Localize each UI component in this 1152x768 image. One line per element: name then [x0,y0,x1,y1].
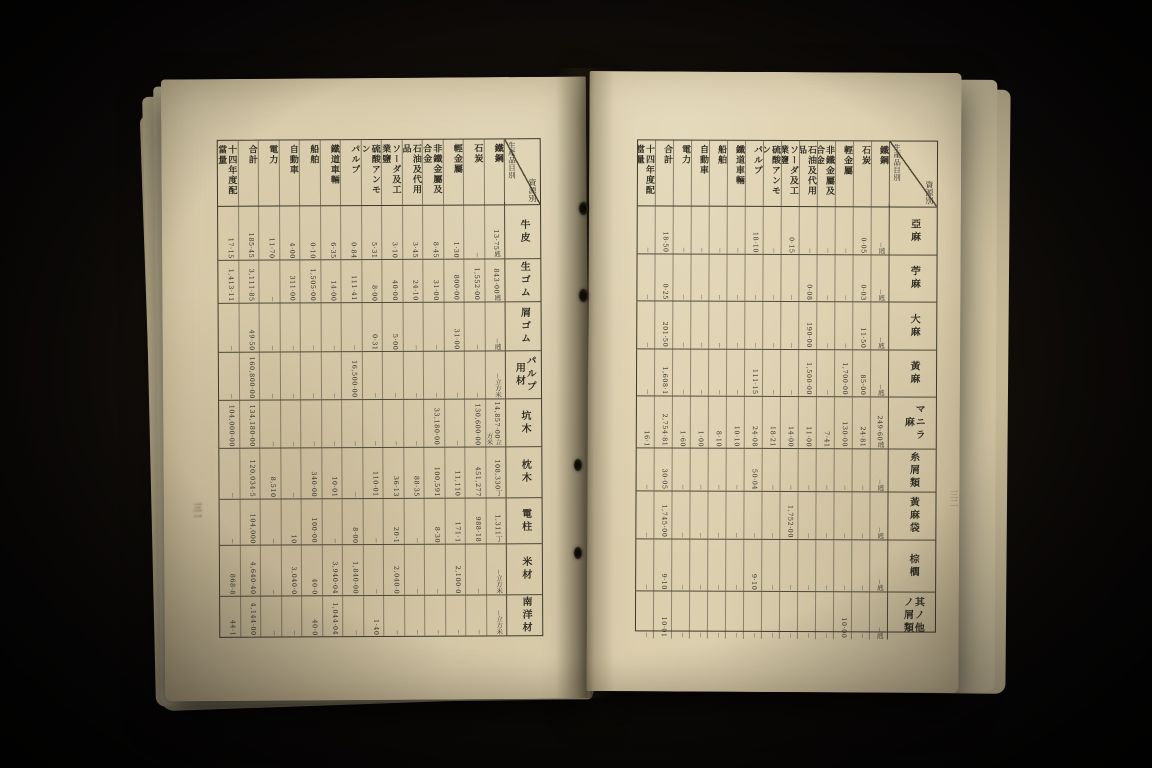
cell-value: 49·50 [248,330,256,351]
cell-value: 14·00 [787,426,795,447]
table-cell: — [259,353,280,400]
table-cell: 18·10 [745,207,763,254]
row-label: 枕木 [505,447,541,497]
table-row: 868·84,640·40—3,040·040·03,940·041,840·0… [220,544,542,597]
table-cell: —瓲 [870,302,888,349]
cell-value: 0·05 [860,237,868,254]
cell-value: 1·30 [452,241,460,258]
table-cell: — [761,592,779,639]
cell-value: 800·00 [452,275,460,301]
cell-value: — [228,346,234,351]
cell-value: — [733,533,739,538]
table-cell: — [799,207,817,254]
cell-value: 111·41 [350,275,358,301]
row-label: 電柱 [506,498,542,543]
cell-value: — [842,295,848,300]
table-cell: — [403,545,424,595]
table-cell: — [761,540,779,591]
table-cell: 40·0 [301,545,322,595]
table-cell: — [300,352,321,399]
cell-value: — [475,392,481,397]
cell-value: — [843,248,849,253]
table-cell: 190·00 [798,302,816,349]
cell-value: — [771,248,777,253]
table-cell: 1,552·00 [463,259,484,301]
table-cell: — [341,303,362,351]
table-cell: 1·00 [690,397,708,448]
table-cell: 1,700·00 [834,350,852,396]
row-label: マニラ麻 [888,397,936,448]
table-cell: 3·45 [402,206,423,259]
cell-value: — [807,248,813,253]
cell-value: 249·60 [876,415,884,441]
cell-value: — [435,630,441,635]
cell-value: — [271,631,277,636]
table-row: —1,745·00——————1,752·00—————瓲黃麻袋 [636,491,935,540]
cell-value: — [644,484,650,489]
cell-value: — [229,539,235,544]
cell-value: 1·40 [372,619,380,636]
cell-value: 16·1 [643,430,651,447]
table-cell: 4·00 [279,206,300,259]
cell-value: — [332,538,338,543]
table-cell: — [690,255,708,301]
table-cell: — [424,596,445,636]
cell-value: 1,840·00 [351,561,359,594]
row-label: 大麻 [888,302,936,349]
table-cell: 100,591 [423,448,444,498]
cell-value: — [680,343,686,348]
cell-value: — [717,248,723,253]
unit-label: 瓲 [876,584,883,591]
cell-value: — [825,248,831,253]
table-cell: 4,144·00 [240,597,261,637]
cell-value: — [734,295,740,300]
table-cell: — [851,492,869,539]
table-cell: 201·50 [654,301,672,348]
table-row: —10·01—————————10·00——瓲其ノ他ノ屑類 [636,591,935,639]
table-cell: — [637,448,654,490]
table-cell: — [279,352,300,399]
column-header: 石油及代用品 [401,140,422,205]
row-label-text: 坑木 [518,410,529,436]
row-label: 其ノ他ノ屑類 [887,592,935,639]
corner-label-product: 生產品目別 [892,143,901,183]
table-cell: — [762,449,780,491]
cell-value: 134,180·00 [248,404,256,446]
cell-value: — [229,493,235,498]
cell-value: 8·45 [432,241,440,258]
table-cell: — [341,448,362,498]
table-cell: 0·25 [654,254,672,300]
table-cell: — [279,303,300,351]
table-cell: 8·10 [708,397,726,448]
table-cell: 11·70 [258,207,279,260]
cell-value: 31·00 [453,328,461,349]
table-cell: — [763,207,781,254]
table-cell: 31·00 [422,260,443,302]
cell-value: — [698,485,704,490]
table-cell: — [402,303,423,351]
table-cell: — [321,499,342,544]
cell-value: — [733,585,739,590]
cell-value: 868·8 [228,574,236,595]
table-cell: — [260,546,281,596]
cell-value: — [698,390,704,395]
row-label: 米材 [506,544,542,594]
photo-surface: 三一 三二 十四年度配當量合計電力自動車船舶鐵道車輛パルプ硫酸アンモンソーダ及工… [0,0,1152,768]
row-label: 黃麻袋 [887,492,935,539]
cell-value: 1,552·00 [473,268,481,301]
table-row: 44·14,144·00——40·01,044·04—1·40——————立方米… [220,595,542,637]
cell-value: — [414,589,420,594]
column-header: パルプ [340,140,361,205]
cell-value: 1,311 [494,515,502,536]
cell-value: — [474,252,480,257]
table-cell: — [404,596,425,636]
cell-value: — [769,633,775,638]
cell-value: 3,940·04 [331,561,339,594]
table-cell: 0·05 [853,207,871,254]
cell-value: 108,330 [493,459,501,489]
cell-value: 8·00 [370,285,378,302]
cell-value: — [290,393,296,398]
table-cell: — [672,448,690,490]
cell-value: — [787,633,793,638]
table-cell: 17·15 [218,207,238,260]
allocation-table-right: 十四年度配當量合計電力自動車船舶鐵道車輛パルプ硫酸アンモンソーダ及工業鹽石油及代… [635,139,938,632]
table-cell: 311·00 [279,260,300,302]
cell-value: 451,277 [474,466,482,496]
cell-value: — [841,585,847,590]
table-cell: — [761,492,779,539]
cell-value: — [823,533,829,538]
cell-value: — [842,343,848,348]
table-cell: 185·45 [238,207,259,260]
cell-value: — [331,393,337,398]
row-label-text: マニラ麻 [901,398,923,449]
table-cell: — [689,540,707,591]
cell-value: — [643,632,649,637]
cell-value: — [269,297,275,302]
cell-value: — [824,295,830,300]
column-header: 鐵道車輛 [727,141,745,206]
table-cell: 104,000·00 [219,401,239,448]
table-cell: 111·15 [744,350,762,396]
table-cell: — [708,255,726,301]
table-cell: — [815,492,833,539]
table-cell: — [833,492,851,539]
row-label: 牛皮 [504,205,540,258]
row-label: 南洋材 [506,595,542,635]
table-cell: 88·35 [403,448,424,498]
table-cell: 6·35 [320,206,341,259]
table-cell: — [260,500,281,545]
cell-value: 160,800·00 [248,356,256,398]
cell-value: — [770,485,776,490]
table-cell: 800·00 [443,260,464,302]
table-cell: 14·00 [780,397,798,448]
table-cell: —瓲 [870,255,888,301]
table-cell: —瓲 [869,592,887,639]
cell-value: — [699,248,705,253]
table-cell: 11·50 [852,302,870,349]
table-cell: — [817,207,835,254]
cell-value: — [270,539,276,544]
table-cell: —瓲 [871,207,889,254]
table-row: —160,800·00————16,500·00———————立方米パルプ用材 [219,351,541,401]
table-cell: 18·50 [655,206,673,253]
unit-label: 瓲 [877,484,884,491]
column-header: 石油及代用品 [799,141,817,206]
cell-value: 1,700·00 [841,362,849,395]
table-cell: — [707,540,725,591]
cell-value: — [716,485,722,490]
table-cell: — [834,302,852,349]
cell-value: — [770,390,776,395]
cell-value: — [679,585,685,590]
cell-value: — [805,585,811,590]
cell-value: — [751,533,757,538]
table-cell: 16,500·00 [341,352,362,399]
cell-value: 0·31 [371,334,379,351]
table-cell: — [219,449,239,499]
table-cell: — [762,255,780,301]
cell-value: — [824,485,830,490]
column-header: 硫酸アンモン [763,141,781,206]
row-label-text: 南洋材 [519,596,530,634]
row-label: 黃麻 [888,350,936,396]
table-cell: — [691,207,709,254]
cell-value: — [859,633,865,638]
cell-value: 2,100·0 [454,565,462,593]
row-label-text: 亞麻 [908,218,919,244]
column-header: 輕金屬 [835,141,853,206]
table-cell: — [281,596,302,636]
cell-value: — [770,343,776,348]
cell-value: — [454,393,460,398]
cell-value: 0·15 [788,237,796,254]
cell-value: 130·00 [841,421,849,447]
cell-value: — [373,589,379,594]
table-cell: — [743,592,761,639]
cell-value: 16,500·00 [350,361,358,399]
table-cell: — [726,449,744,491]
table-cell: — [743,492,761,539]
row-label: 屑ゴム [505,302,541,350]
table-cell: 1,505·00 [299,260,320,302]
table-cell: — [672,255,690,301]
cell-value: 10·00 [840,617,848,638]
corner-header: 生產品目別資源別 [889,141,937,206]
cell-value: — [290,441,296,446]
cell-value: 190·00 [805,322,813,348]
cell-value: 201·50 [661,322,669,348]
cell-value: 3·45 [411,241,419,258]
cell-value: — [715,533,721,538]
table-cell: 24·10 [402,260,423,302]
table-cell: — [423,303,444,351]
column-header: 合計 [237,141,258,206]
column-header: 石炭 [463,139,484,204]
table-cell: — [797,492,815,539]
cell-value: — [734,390,740,395]
table-cell: 8·00 [342,499,363,544]
table-cell: 134,180·00 [239,401,260,448]
table-cell: — [780,350,798,396]
cell-value: — [331,441,337,446]
table-cell: — [465,544,486,594]
table-cell: 85·00 [852,350,870,396]
table-cell: — [709,207,727,254]
cell-value: — [681,248,687,253]
cell-value: — [270,394,276,399]
table-row: —0·25———————0·08——0·03—瓲苧麻 [637,254,936,302]
cell-value: 100·00 [310,518,318,544]
table-cell: — [464,302,485,350]
cell-value: 3·10 [391,241,399,258]
cell-value: 1,752·00 [786,505,794,538]
cell-value: 24·08 [751,426,759,447]
table-cell: — [835,207,853,254]
cell-value: — [715,633,721,638]
table-cell: — [690,350,708,396]
table-cell: — [833,540,851,591]
table-cell: 8·30 [424,499,445,544]
cell-value: — [859,533,865,538]
table-row: —9·10————9·10———————瓲棕櫚 [636,539,935,592]
cell-value: — [270,442,276,447]
cell-value: — [751,633,757,638]
cell-value: 9·10 [750,573,758,590]
table-cell: — [403,499,424,544]
cell-value: — [680,485,686,490]
table-cell: — [382,400,403,447]
row-label-text: 苧麻 [908,266,919,292]
table-cell: 1,745·00 [653,491,671,538]
cell-value: 11·70 [268,237,276,258]
table-cell: — [780,449,798,491]
table-row: —201·50———————190·00——11·50—瓲大麻 [637,301,936,350]
table-cell: 24·81 [852,397,870,448]
row-label: 苧麻 [888,255,936,301]
row-label-text: 糸屑類 [907,451,918,489]
table-cell: — [797,540,815,591]
table-cell: — [300,303,321,351]
unit-label: 立方米 [495,615,502,635]
table-cell: — [689,592,707,639]
row-label-text: 棕櫚 [906,553,917,579]
cell-value: 1·00 [697,430,705,447]
cell-value: — [435,589,441,594]
row-label-text: 生ゴム [517,261,528,299]
table-cell: — [816,350,834,396]
table-cell: 0·03 [852,255,870,301]
table-cell: — [780,255,798,301]
cell-value: 3,040·0 [290,566,298,594]
cell-value: 8,510 [269,476,277,497]
cell-value: 0·84 [350,242,358,259]
unit-label: 瓲 [877,342,884,349]
cell-value: 11·00 [805,426,813,447]
table-cell: — [780,302,798,349]
table-cell: — [852,449,870,491]
cell-value: — [769,533,775,538]
cell-value: 100,591 [433,466,441,496]
table-cell: —瓲 [484,302,505,350]
table-cell: 10 [280,499,301,544]
cell-value: 3,111·85 [247,269,255,302]
cell-value: 40·0 [310,578,318,595]
table-cell: —立方米 [484,351,505,398]
cell-value: — [454,441,460,446]
table-cell: — [342,596,363,636]
cell-value: — [752,343,758,348]
table-cell: 8·00 [361,260,382,302]
table-cell: 2,100·0 [444,545,465,595]
unit-label: 立方米 [494,378,501,398]
table-cell: — [815,540,833,591]
cell-value: 33,180·00 [433,408,441,446]
column-header: 自動車 [278,140,299,205]
row-label: 生ゴム [504,259,540,301]
cell-value: — [679,633,685,638]
cell-value: 4,640·40 [249,562,257,595]
table-cell: — [690,449,708,491]
cell-value: — [353,630,359,635]
cell-value: 5·31 [370,242,378,259]
cell-value: — [734,485,740,490]
row-label-text: 大麻 [907,313,918,339]
cell-value: — [311,441,317,446]
table-cell: — [361,352,382,399]
cell-value: 36·13 [392,476,400,497]
table-row: —104,000—10100·00—8·00—20·1—8·30171·1988… [220,498,542,546]
row-label-text: 黃麻袋 [906,497,917,535]
cell-value: 88·35 [412,476,420,497]
cell-value: — [769,585,775,590]
cell-value: — [476,588,482,593]
table-cell: — [402,352,423,399]
column-header: 電力 [673,141,691,206]
punch-hole [579,202,588,215]
cell-value: 10·01 [330,476,338,497]
table-cell: 11,110 [444,448,465,498]
cell-value: 8·00 [351,527,359,544]
cell-value: 1,500·00 [805,362,813,395]
column-header: 自動車 [691,141,709,206]
table-cell: —立方米 [486,595,507,635]
table-cell: 49·50 [238,304,259,352]
table-cell: — [320,352,341,399]
table-cell: — [762,302,780,349]
cell-value: — [805,633,811,638]
table-cell: — [834,255,852,301]
cell-value: — [733,633,739,638]
cell-value: — [788,390,794,395]
cell-value: 24·81 [859,426,867,447]
cell-value: — [806,485,812,490]
row-label: 棕櫚 [887,540,935,591]
table-row: 1,413·113,111·85—311·001,505·0014·00111·… [218,259,540,304]
table-cell: — [463,205,484,258]
cell-value: 311·00 [288,276,296,302]
cell-value: — [414,538,420,543]
table-cell: — [726,255,744,301]
unit-label: 丁 [495,490,502,497]
table-row: —30·05————50·04———————瓲糸屑類 [637,448,936,492]
table-cell: —瓲 [869,540,887,591]
